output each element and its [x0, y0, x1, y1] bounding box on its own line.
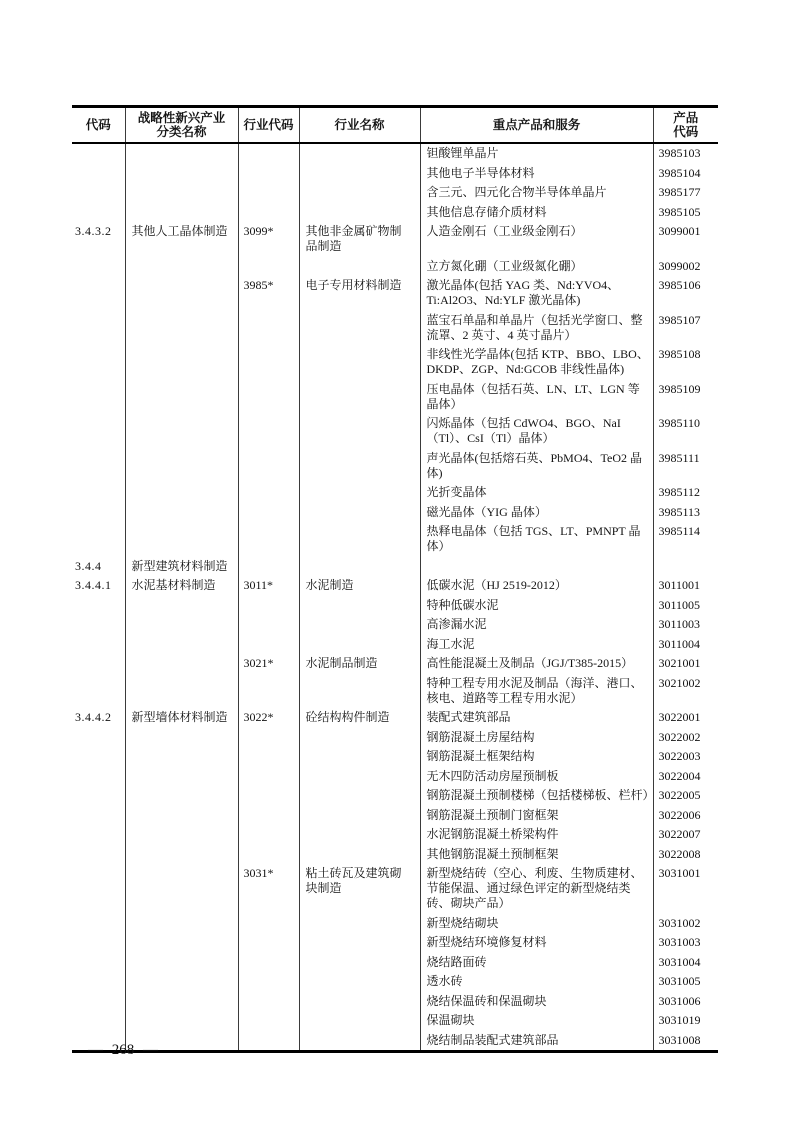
product-code-cell: 3985114 — [653, 522, 718, 557]
category-cell — [125, 992, 238, 1012]
code-cell — [72, 164, 125, 184]
code-cell — [72, 345, 125, 380]
product-code-cell: 3022006 — [653, 806, 718, 826]
table-body: 钽酸锂单晶片 3985103 其他电子半导体材料 3985104 含三元、四元化… — [72, 143, 718, 1052]
product-cell: 烧结保温砖和保温砌块 — [420, 992, 653, 1012]
table-row: 热释电晶体（包括 TGS、LT、PMNPT 晶体） 3985114 — [72, 522, 718, 557]
industry-name-cell: 其他非金属矿物制品制造 — [299, 222, 420, 257]
industry-name-cell — [299, 786, 420, 806]
category-cell: 新型建筑材料制造 — [125, 557, 238, 577]
category-cell: 其他人工晶体制造 — [125, 222, 238, 257]
code-cell — [72, 992, 125, 1012]
table-row: 蓝宝石单晶和单晶片（包括光学窗口、整流罩、2 英寸、4 英寸晶片） 398510… — [72, 311, 718, 346]
code-cell — [72, 654, 125, 674]
product-cell: 高渗漏水泥 — [420, 615, 653, 635]
category-cell — [125, 257, 238, 277]
code-cell — [72, 311, 125, 346]
product-cell: 烧结制品装配式建筑部品 — [420, 1031, 653, 1052]
table-row: 水泥钢筋混凝土桥梁构件 3022007 — [72, 825, 718, 845]
code-cell — [72, 276, 125, 311]
product-cell: 装配式建筑部品 — [420, 708, 653, 728]
product-cell: 新型烧结砌块 — [420, 914, 653, 934]
category-cell — [125, 311, 238, 346]
table-row: 其他信息存储介质材料 3985105 — [72, 203, 718, 223]
product-code-cell: 3031004 — [653, 953, 718, 973]
product-code-cell: 3985106 — [653, 276, 718, 311]
table-row: 非线性光学晶体(包括 KTP、BBO、LBO、DKDP、ZGP、Nd:GCOB … — [72, 345, 718, 380]
product-code-cell: 3985104 — [653, 164, 718, 184]
product-code-cell: 3022001 — [653, 708, 718, 728]
code-cell — [72, 972, 125, 992]
product-cell: 新型烧结砖（空心、利废、生物质建材、节能保温、通过绿色评定的新型烧结类砖、砌块产… — [420, 864, 653, 914]
table-row: 3.4.3.2 其他人工晶体制造 3099* 其他非金属矿物制品制造 人造金刚石… — [72, 222, 718, 257]
category-cell — [125, 767, 238, 787]
industry-name-cell — [299, 449, 420, 484]
table-row: 烧结制品装配式建筑部品 3031008 — [72, 1031, 718, 1052]
industry-code-cell — [238, 972, 299, 992]
industry-code-cell — [238, 728, 299, 748]
code-cell — [72, 615, 125, 635]
industry-name-cell — [299, 1031, 420, 1052]
industry-code-cell — [238, 747, 299, 767]
category-cell: 新型墙体材料制造 — [125, 708, 238, 728]
header-product-code: 产品 代码 — [653, 107, 718, 144]
category-cell — [125, 1011, 238, 1031]
product-code-cell: 3011001 — [653, 576, 718, 596]
category-cell — [125, 825, 238, 845]
category-cell — [125, 449, 238, 484]
code-cell — [72, 864, 125, 914]
table-row: 3021* 水泥制品制造 高性能混凝土及制品（JGJ/T385-2015） 30… — [72, 654, 718, 674]
product-cell: 声光晶体(包括熔石英、PbMO4、TeO2 晶体) — [420, 449, 653, 484]
table-row: 3985* 电子专用材料制造 激光晶体(包括 YAG 类、Nd:YVO4、Ti:… — [72, 276, 718, 311]
category-cell — [125, 522, 238, 557]
product-cell: 水泥钢筋混凝土桥梁构件 — [420, 825, 653, 845]
product-code-cell: 3022004 — [653, 767, 718, 787]
code-cell — [72, 143, 125, 164]
table-header: 代码 战略性新兴产业 分类名称 行业代码 行业名称 重点产品和服务 产品 代码 — [72, 107, 718, 144]
product-code-cell: 3099001 — [653, 222, 718, 257]
product-code-cell: 3022003 — [653, 747, 718, 767]
header-code: 代码 — [72, 107, 125, 144]
industry-name-cell — [299, 1011, 420, 1031]
table-row: 特种工程专用水泥及制品（海洋、港口、核电、道路等工程专用水泥） 3021002 — [72, 674, 718, 709]
product-cell: 钢筋混凝土房屋结构 — [420, 728, 653, 748]
product-cell: 含三元、四元化合物半导体单晶片 — [420, 183, 653, 203]
industry-code-cell — [238, 767, 299, 787]
table-row: 保温砌块 3031019 — [72, 1011, 718, 1031]
product-code-cell: 3031019 — [653, 1011, 718, 1031]
industry-name-cell — [299, 183, 420, 203]
code-cell — [72, 503, 125, 523]
code-cell — [72, 914, 125, 934]
product-cell: 高性能混凝土及制品（JGJ/T385-2015） — [420, 654, 653, 674]
code-cell — [72, 953, 125, 973]
industry-name-cell — [299, 953, 420, 973]
product-code-cell: 3099002 — [653, 257, 718, 277]
category-cell — [125, 345, 238, 380]
industry-name-cell: 砼结构构件制造 — [299, 708, 420, 728]
product-cell: 海工水泥 — [420, 635, 653, 655]
industry-code-cell — [238, 953, 299, 973]
code-cell — [72, 522, 125, 557]
industry-name-cell — [299, 747, 420, 767]
category-cell — [125, 747, 238, 767]
industry-name-cell: 粘土砖瓦及建筑砌块制造 — [299, 864, 420, 914]
industry-name-cell — [299, 143, 420, 164]
code-cell — [72, 845, 125, 865]
industry-name-cell — [299, 635, 420, 655]
product-cell: 低碳水泥（HJ 2519-2012） — [420, 576, 653, 596]
industry-code-cell — [238, 203, 299, 223]
industry-code-cell: 3985* — [238, 276, 299, 311]
industry-code-cell — [238, 674, 299, 709]
table-row: 钽酸锂单晶片 3985103 — [72, 143, 718, 164]
product-cell: 人造金刚石（工业级金刚石） — [420, 222, 653, 257]
product-cell: 光折变晶体 — [420, 483, 653, 503]
product-code-cell: 3985112 — [653, 483, 718, 503]
category-cell — [125, 203, 238, 223]
table-row: 3.4.4.2 新型墙体材料制造 3022* 砼结构构件制造 装配式建筑部品 3… — [72, 708, 718, 728]
product-code-cell: 3022005 — [653, 786, 718, 806]
industry-name-cell — [299, 414, 420, 449]
category-cell — [125, 972, 238, 992]
code-cell — [72, 767, 125, 787]
page-number: — 268 — — [88, 1041, 158, 1059]
code-cell — [72, 806, 125, 826]
industry-code-cell — [238, 615, 299, 635]
industry-name-cell: 水泥制造 — [299, 576, 420, 596]
industry-code-cell — [238, 483, 299, 503]
industry-code-cell — [238, 557, 299, 577]
product-code-cell: 3022007 — [653, 825, 718, 845]
product-cell: 蓝宝石单晶和单晶片（包括光学窗口、整流罩、2 英寸、4 英寸晶片） — [420, 311, 653, 346]
code-cell — [72, 183, 125, 203]
code-cell — [72, 414, 125, 449]
industry-code-cell — [238, 143, 299, 164]
table-row: 新型烧结环境修复材料 3031003 — [72, 933, 718, 953]
industry-name-cell — [299, 596, 420, 616]
industry-name-cell — [299, 380, 420, 415]
product-cell: 无木四防活动房屋预制板 — [420, 767, 653, 787]
industry-code-cell: 3021* — [238, 654, 299, 674]
document-page: 代码 战略性新兴产业 分类名称 行业代码 行业名称 重点产品和服务 产品 代码 … — [0, 0, 793, 1122]
industry-name-cell — [299, 972, 420, 992]
product-code-cell — [653, 557, 718, 577]
industry-name-cell — [299, 615, 420, 635]
table-row: 钢筋混凝土预制楼梯（包括楼梯板、栏杆） 3022005 — [72, 786, 718, 806]
industry-code-cell — [238, 914, 299, 934]
table-row: 声光晶体(包括熔石英、PbMO4、TeO2 晶体) 3985111 — [72, 449, 718, 484]
industry-name-cell — [299, 674, 420, 709]
industry-name-cell — [299, 992, 420, 1012]
industry-code-cell — [238, 933, 299, 953]
table-row: 磁光晶体（YIG 晶体） 3985113 — [72, 503, 718, 523]
product-cell: 其他电子半导体材料 — [420, 164, 653, 184]
category-cell — [125, 483, 238, 503]
code-cell — [72, 483, 125, 503]
table-row: 新型烧结砌块 3031002 — [72, 914, 718, 934]
category-cell — [125, 786, 238, 806]
code-cell — [72, 825, 125, 845]
table-row: 闪烁晶体（包括 CdWO4、BGO、NaI（Tl）、CsI（Tl）晶体） 398… — [72, 414, 718, 449]
industry-code-cell — [238, 449, 299, 484]
industry-code-cell — [238, 380, 299, 415]
category-cell: 水泥基材料制造 — [125, 576, 238, 596]
industry-name-cell — [299, 483, 420, 503]
header-industry-name: 行业名称 — [299, 107, 420, 144]
industry-code-cell — [238, 183, 299, 203]
category-cell — [125, 143, 238, 164]
product-cell: 特种工程专用水泥及制品（海洋、港口、核电、道路等工程专用水泥） — [420, 674, 653, 709]
code-cell — [72, 380, 125, 415]
product-cell — [420, 557, 653, 577]
table-row: 无木四防活动房屋预制板 3022004 — [72, 767, 718, 787]
table-row: 光折变晶体 3985112 — [72, 483, 718, 503]
industry-name-cell — [299, 257, 420, 277]
industry-name-cell — [299, 522, 420, 557]
product-code-cell: 3031006 — [653, 992, 718, 1012]
table-row: 3.4.4 新型建筑材料制造 — [72, 557, 718, 577]
product-code-cell: 3985113 — [653, 503, 718, 523]
product-cell: 保温砌块 — [420, 1011, 653, 1031]
industry-name-cell: 水泥制品制造 — [299, 654, 420, 674]
product-cell: 其他钢筋混凝土预制框架 — [420, 845, 653, 865]
industry-code-cell — [238, 414, 299, 449]
table-row: 其他电子半导体材料 3985104 — [72, 164, 718, 184]
product-cell: 钢筋混凝土预制门窗框架 — [420, 806, 653, 826]
product-code-cell: 3021002 — [653, 674, 718, 709]
industry-name-cell — [299, 728, 420, 748]
product-cell: 其他信息存储介质材料 — [420, 203, 653, 223]
product-code-cell: 3022008 — [653, 845, 718, 865]
industry-name-cell: 电子专用材料制造 — [299, 276, 420, 311]
code-cell — [72, 728, 125, 748]
table-row: 海工水泥 3011004 — [72, 635, 718, 655]
category-cell — [125, 414, 238, 449]
product-code-cell: 3031005 — [653, 972, 718, 992]
industry-name-cell — [299, 767, 420, 787]
category-cell — [125, 615, 238, 635]
header-category: 战略性新兴产业 分类名称 — [125, 107, 238, 144]
table-row: 3.4.4.1 水泥基材料制造 3011* 水泥制造 低碳水泥（HJ 2519-… — [72, 576, 718, 596]
table-row: 透水砖 3031005 — [72, 972, 718, 992]
industry-classification-table: 代码 战略性新兴产业 分类名称 行业代码 行业名称 重点产品和服务 产品 代码 … — [72, 105, 718, 1053]
product-cell: 立方氮化硼（工业级氮化硼） — [420, 257, 653, 277]
table-row: 钢筋混凝土房屋结构 3022002 — [72, 728, 718, 748]
industry-code-cell — [238, 786, 299, 806]
table-row: 压电晶体（包括石英、LN、LT、LGN 等晶体） 3985109 — [72, 380, 718, 415]
product-code-cell: 3031003 — [653, 933, 718, 953]
industry-name-cell — [299, 825, 420, 845]
code-cell: 3.4.4.1 — [72, 576, 125, 596]
code-cell — [72, 257, 125, 277]
category-cell — [125, 864, 238, 914]
product-code-cell: 3011003 — [653, 615, 718, 635]
category-cell — [125, 635, 238, 655]
industry-code-cell — [238, 522, 299, 557]
product-code-cell: 3985107 — [653, 311, 718, 346]
product-cell: 非线性光学晶体(包括 KTP、BBO、LBO、DKDP、ZGP、Nd:GCOB … — [420, 345, 653, 380]
table-row: 烧结保温砖和保温砌块 3031006 — [72, 992, 718, 1012]
product-cell: 钢筋混凝土框架结构 — [420, 747, 653, 767]
category-cell — [125, 953, 238, 973]
code-cell — [72, 635, 125, 655]
product-cell: 烧结路面砖 — [420, 953, 653, 973]
industry-code-cell — [238, 311, 299, 346]
table-row: 烧结路面砖 3031004 — [72, 953, 718, 973]
header-row: 代码 战略性新兴产业 分类名称 行业代码 行业名称 重点产品和服务 产品 代码 — [72, 107, 718, 144]
category-cell — [125, 914, 238, 934]
category-cell — [125, 674, 238, 709]
category-cell — [125, 845, 238, 865]
industry-code-cell — [238, 596, 299, 616]
code-cell — [72, 933, 125, 953]
header-industry-code: 行业代码 — [238, 107, 299, 144]
industry-code-cell — [238, 1011, 299, 1031]
product-code-cell: 3985110 — [653, 414, 718, 449]
category-cell — [125, 183, 238, 203]
product-cell: 钢筋混凝土预制楼梯（包括楼梯板、栏杆） — [420, 786, 653, 806]
product-code-cell: 3985103 — [653, 143, 718, 164]
code-cell: 3.4.4 — [72, 557, 125, 577]
industry-code-cell — [238, 992, 299, 1012]
product-code-cell: 3022002 — [653, 728, 718, 748]
product-cell: 磁光晶体（YIG 晶体） — [420, 503, 653, 523]
industry-name-cell — [299, 806, 420, 826]
industry-code-cell: 3022* — [238, 708, 299, 728]
product-cell: 闪烁晶体（包括 CdWO4、BGO、NaI（Tl）、CsI（Tl）晶体） — [420, 414, 653, 449]
industry-code-cell — [238, 825, 299, 845]
product-code-cell: 3031008 — [653, 1031, 718, 1052]
category-cell — [125, 933, 238, 953]
code-cell — [72, 596, 125, 616]
code-cell — [72, 449, 125, 484]
table-row: 其他钢筋混凝土预制框架 3022008 — [72, 845, 718, 865]
industry-code-cell — [238, 1031, 299, 1052]
product-cell: 透水砖 — [420, 972, 653, 992]
product-code-cell: 3031002 — [653, 914, 718, 934]
industry-name-cell — [299, 311, 420, 346]
industry-name-cell — [299, 845, 420, 865]
product-code-cell: 3985108 — [653, 345, 718, 380]
category-cell — [125, 596, 238, 616]
product-code-cell: 3985177 — [653, 183, 718, 203]
product-code-cell: 3985109 — [653, 380, 718, 415]
industry-code-cell: 3099* — [238, 222, 299, 257]
category-cell — [125, 164, 238, 184]
industry-name-cell — [299, 914, 420, 934]
industry-code-cell — [238, 164, 299, 184]
category-cell — [125, 806, 238, 826]
product-cell: 特种低碳水泥 — [420, 596, 653, 616]
category-cell — [125, 503, 238, 523]
product-code-cell: 3985111 — [653, 449, 718, 484]
industry-code-cell — [238, 345, 299, 380]
industry-name-cell — [299, 557, 420, 577]
product-cell: 压电晶体（包括石英、LN、LT、LGN 等晶体） — [420, 380, 653, 415]
industry-name-cell — [299, 345, 420, 380]
table-row: 立方氮化硼（工业级氮化硼） 3099002 — [72, 257, 718, 277]
product-code-cell: 3031001 — [653, 864, 718, 914]
code-cell — [72, 1011, 125, 1031]
product-code-cell: 3985105 — [653, 203, 718, 223]
table-row: 钢筋混凝土框架结构 3022003 — [72, 747, 718, 767]
industry-name-cell — [299, 164, 420, 184]
industry-code-cell — [238, 635, 299, 655]
category-cell — [125, 728, 238, 748]
category-cell — [125, 654, 238, 674]
category-cell — [125, 380, 238, 415]
code-cell — [72, 674, 125, 709]
code-cell — [72, 203, 125, 223]
code-cell — [72, 747, 125, 767]
industry-code-cell: 3011* — [238, 576, 299, 596]
industry-code-cell: 3031* — [238, 864, 299, 914]
code-cell — [72, 786, 125, 806]
product-cell: 新型烧结环境修复材料 — [420, 933, 653, 953]
header-product: 重点产品和服务 — [420, 107, 653, 144]
product-cell: 热释电晶体（包括 TGS、LT、PMNPT 晶体） — [420, 522, 653, 557]
table-row: 3031* 粘土砖瓦及建筑砌块制造 新型烧结砖（空心、利废、生物质建材、节能保温… — [72, 864, 718, 914]
table-row: 含三元、四元化合物半导体单晶片 3985177 — [72, 183, 718, 203]
code-cell: 3.4.3.2 — [72, 222, 125, 257]
product-code-cell: 3021001 — [653, 654, 718, 674]
product-code-cell: 3011005 — [653, 596, 718, 616]
industry-code-cell — [238, 806, 299, 826]
industry-code-cell — [238, 845, 299, 865]
industry-code-cell — [238, 503, 299, 523]
category-cell — [125, 276, 238, 311]
table-row: 特种低碳水泥 3011005 — [72, 596, 718, 616]
industry-name-cell — [299, 503, 420, 523]
product-cell: 激光晶体(包括 YAG 类、Nd:YVO4、Ti:Al2O3、Nd:YLF 激光… — [420, 276, 653, 311]
industry-name-cell — [299, 203, 420, 223]
table-row: 钢筋混凝土预制门窗框架 3022006 — [72, 806, 718, 826]
code-cell: 3.4.4.2 — [72, 708, 125, 728]
product-code-cell: 3011004 — [653, 635, 718, 655]
industry-name-cell — [299, 933, 420, 953]
table-row: 高渗漏水泥 3011003 — [72, 615, 718, 635]
product-cell: 钽酸锂单晶片 — [420, 143, 653, 164]
industry-code-cell — [238, 257, 299, 277]
